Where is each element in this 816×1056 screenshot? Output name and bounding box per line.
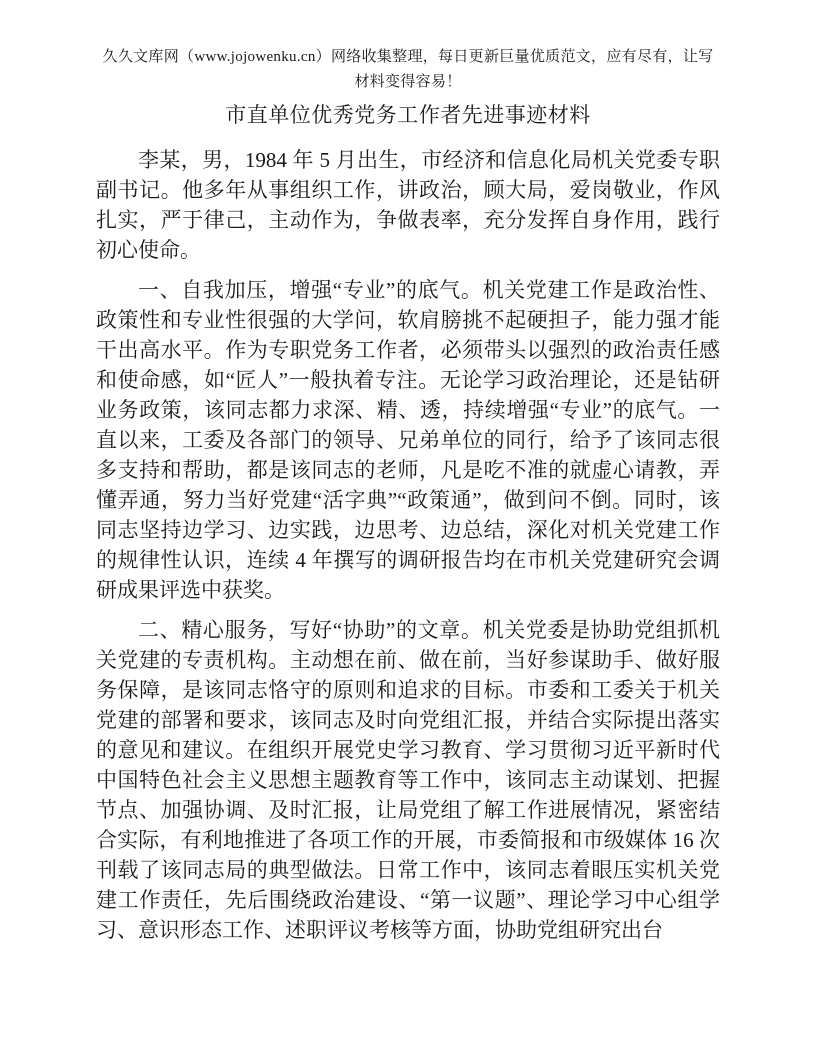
body-paragraph-section-1: 一、自我加压，增强“专业”的底气。机关党建工作是政治性、政策性和专业性很强的大学… [96, 275, 720, 605]
document-page: 久久文库网（www.jojowenku.cn）网络收集整理，每日更新巨量优质范文… [0, 0, 816, 1056]
body-paragraph-intro: 李某，男，1984 年 5 月出生，市经济和信息化局机关党委专职副书记。他多年从… [96, 145, 720, 265]
document-title: 市直单位优秀党务工作者先进事迹材料 [96, 102, 720, 128]
document-body: 李某，男，1984 年 5 月出生，市经济和信息化局机关党委专职副书记。他多年从… [96, 145, 720, 945]
watermark-header: 久久文库网（www.jojowenku.cn）网络收集整理，每日更新巨量优质范文… [96, 45, 720, 95]
body-paragraph-section-2: 二、精心服务，写好“协助”的文章。机关党委是协助党组抓机关党建的专责机构。主动想… [96, 615, 720, 945]
